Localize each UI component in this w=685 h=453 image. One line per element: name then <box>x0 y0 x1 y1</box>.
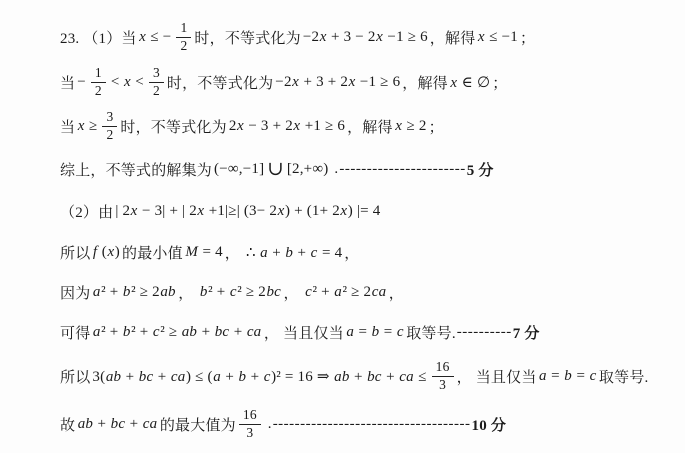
score-marker: 5 分 <box>467 159 494 180</box>
math-run: c² + a² ≥ 2ca <box>305 284 387 301</box>
math-run: −2x + 3 + 2x −1 ≥ 6 <box>275 74 400 91</box>
fraction: 163 <box>239 407 261 440</box>
dashed-leader: ------------------------------------ <box>273 416 471 433</box>
text-run: ， <box>344 242 359 263</box>
text-run: 故 <box>60 414 75 435</box>
text-run: 时，不等式化为 <box>120 116 226 137</box>
fraction: 12 <box>176 20 191 53</box>
dashed-leader: ---------- <box>457 324 512 341</box>
text-run: 综上，不等式的解集为 <box>60 159 212 180</box>
text-run: （2）由 <box>60 201 113 222</box>
text-run: ； <box>492 72 507 93</box>
text-run: ， <box>225 242 244 263</box>
solution-line-part2-derivation: 所以3(ab + bc + ca) ≤ (a + b + c)² = 16 ⇒ … <box>60 352 667 400</box>
solution-line-part1-case2: 当−12< x <32时，不等式化为−2x + 3 + 2x −1 ≥ 6，解得… <box>60 60 667 104</box>
text-run: 因为 <box>60 282 90 303</box>
text-run: ，解得 <box>402 72 448 93</box>
text-run: 23. （1）当 <box>60 27 137 48</box>
text-run: 所以 <box>60 242 90 263</box>
text-run: ； <box>520 27 535 48</box>
fraction-denominator: 2 <box>149 83 164 99</box>
math-run: x ≤ − <box>139 29 172 46</box>
math-run: a² + b² + c² ≥ ab + bc + ca <box>92 324 261 341</box>
text-run: 当 <box>60 72 75 93</box>
text-run: . <box>264 416 272 433</box>
solution-line-part2-basic-inequalities: 因为a² + b² ≥ 2ab， b² + c² ≥ 2bc， c² + a² … <box>60 272 667 312</box>
math-run: x ≤ −1 <box>477 29 518 46</box>
text-run: ， <box>284 282 303 303</box>
fraction: 12 <box>91 65 106 98</box>
math-run: 2x − 3 + 2x +1 ≥ 6 <box>229 118 345 135</box>
fraction-numerator: 1 <box>176 20 191 37</box>
text-run: 所以 <box>60 366 90 387</box>
text-run: 取等号. <box>599 366 649 387</box>
fraction: 32 <box>102 109 117 142</box>
fraction-numerator: 3 <box>149 65 164 82</box>
text-run: 的最大值为 <box>160 414 236 435</box>
solution-line-part2-sum-inequality: 可得a² + b² + c² ≥ ab + bc + ca， 当且仅当a = b… <box>60 312 667 352</box>
fraction-denominator: 2 <box>176 38 191 54</box>
fraction-denominator: 2 <box>102 127 117 143</box>
fraction-numerator: 16 <box>239 407 261 424</box>
solution-line-part1-case1: 23. （1）当x ≤ −12时，不等式化为−2x + 3 − 2x −1 ≥ … <box>60 14 667 60</box>
math-run: ∴ a + b + c = 4 <box>246 243 342 262</box>
math-run: < x < <box>111 74 144 91</box>
solution-line-part1-conclusion: 综上，不等式的解集为(−∞,−1]∪[2,+∞) .--------------… <box>60 148 667 190</box>
text-run: 取等号. <box>406 322 456 343</box>
text-run: 的最小值 <box>122 242 183 263</box>
solution-line-part2-conclusion: 故ab + bc + ca的最大值为163 .-----------------… <box>60 400 667 448</box>
fraction: 32 <box>149 65 164 98</box>
solution-line-part2-start: （2）由| 2x − 3| + | 2x +1|≥| (3− 2x) + (1+… <box>60 190 667 232</box>
math-run: ab + bc + ca <box>77 416 158 433</box>
math-run: [2,+∞) <box>287 161 329 178</box>
math-run: | 2x − 3| + | 2x +1|≥| (3− 2x) + (1+ 2x)… <box>115 203 380 220</box>
score-marker: 7 分 <box>513 322 540 343</box>
text-run: ， <box>389 282 404 303</box>
math-run: x ≥ 2 <box>395 118 427 135</box>
math-run: x ∈ ∅ <box>450 73 490 92</box>
math-run: a² + b² ≥ 2ab <box>92 284 176 301</box>
math-run: x ≥ <box>77 118 97 135</box>
math-run: −2x + 3 − 2x −1 ≥ 6 <box>303 29 428 46</box>
union-symbol: ∪ <box>267 160 284 180</box>
math-run: b² + c² ≥ 2bc <box>199 284 281 301</box>
fraction-denominator: 3 <box>242 425 257 441</box>
math-run: − <box>77 74 86 91</box>
text-run: ， 当且仅当 <box>457 366 537 387</box>
text-run: ， 当且仅当 <box>264 322 344 343</box>
text-run: 当 <box>60 116 75 137</box>
fraction-denominator: 3 <box>435 377 450 393</box>
math-run: 3(ab + bc + ca) ≤ (a + b + c)² = 16 ⇒ ab… <box>92 367 426 386</box>
solution-line-part1-case3: 当x ≥32时，不等式化为2x − 3 + 2x +1 ≥ 6，解得x ≥ 2； <box>60 104 667 148</box>
math-run: f (x) <box>92 244 120 261</box>
fraction-numerator: 1 <box>91 65 106 82</box>
fraction-numerator: 3 <box>102 109 117 126</box>
text-run: 时，不等式化为 <box>194 27 300 48</box>
text-run: ，解得 <box>347 116 393 137</box>
solution-document: 23. （1）当x ≤ −12时，不等式化为−2x + 3 − 2x −1 ≥ … <box>0 0 685 453</box>
math-run: (−∞,−1] <box>214 161 264 178</box>
text-run: ， <box>178 282 197 303</box>
solution-line-part2-min-value: 所以f (x)的最小值M = 4， ∴ a + b + c = 4， <box>60 232 667 272</box>
math-run: a = b = c <box>539 368 597 385</box>
text-run: 可得 <box>60 322 90 343</box>
math-run: a = b = c <box>346 324 404 341</box>
text-run: . <box>330 161 338 178</box>
text-run: ； <box>429 116 444 137</box>
fraction-numerator: 16 <box>432 359 454 376</box>
text-run: ，解得 <box>430 27 476 48</box>
text-run: 时，不等式化为 <box>167 72 273 93</box>
math-run: M = 4 <box>185 244 223 261</box>
score-marker: 10 分 <box>472 414 507 435</box>
fraction-denominator: 2 <box>91 83 106 99</box>
fraction: 163 <box>432 359 454 392</box>
dashed-leader: ----------------------- <box>339 161 465 178</box>
